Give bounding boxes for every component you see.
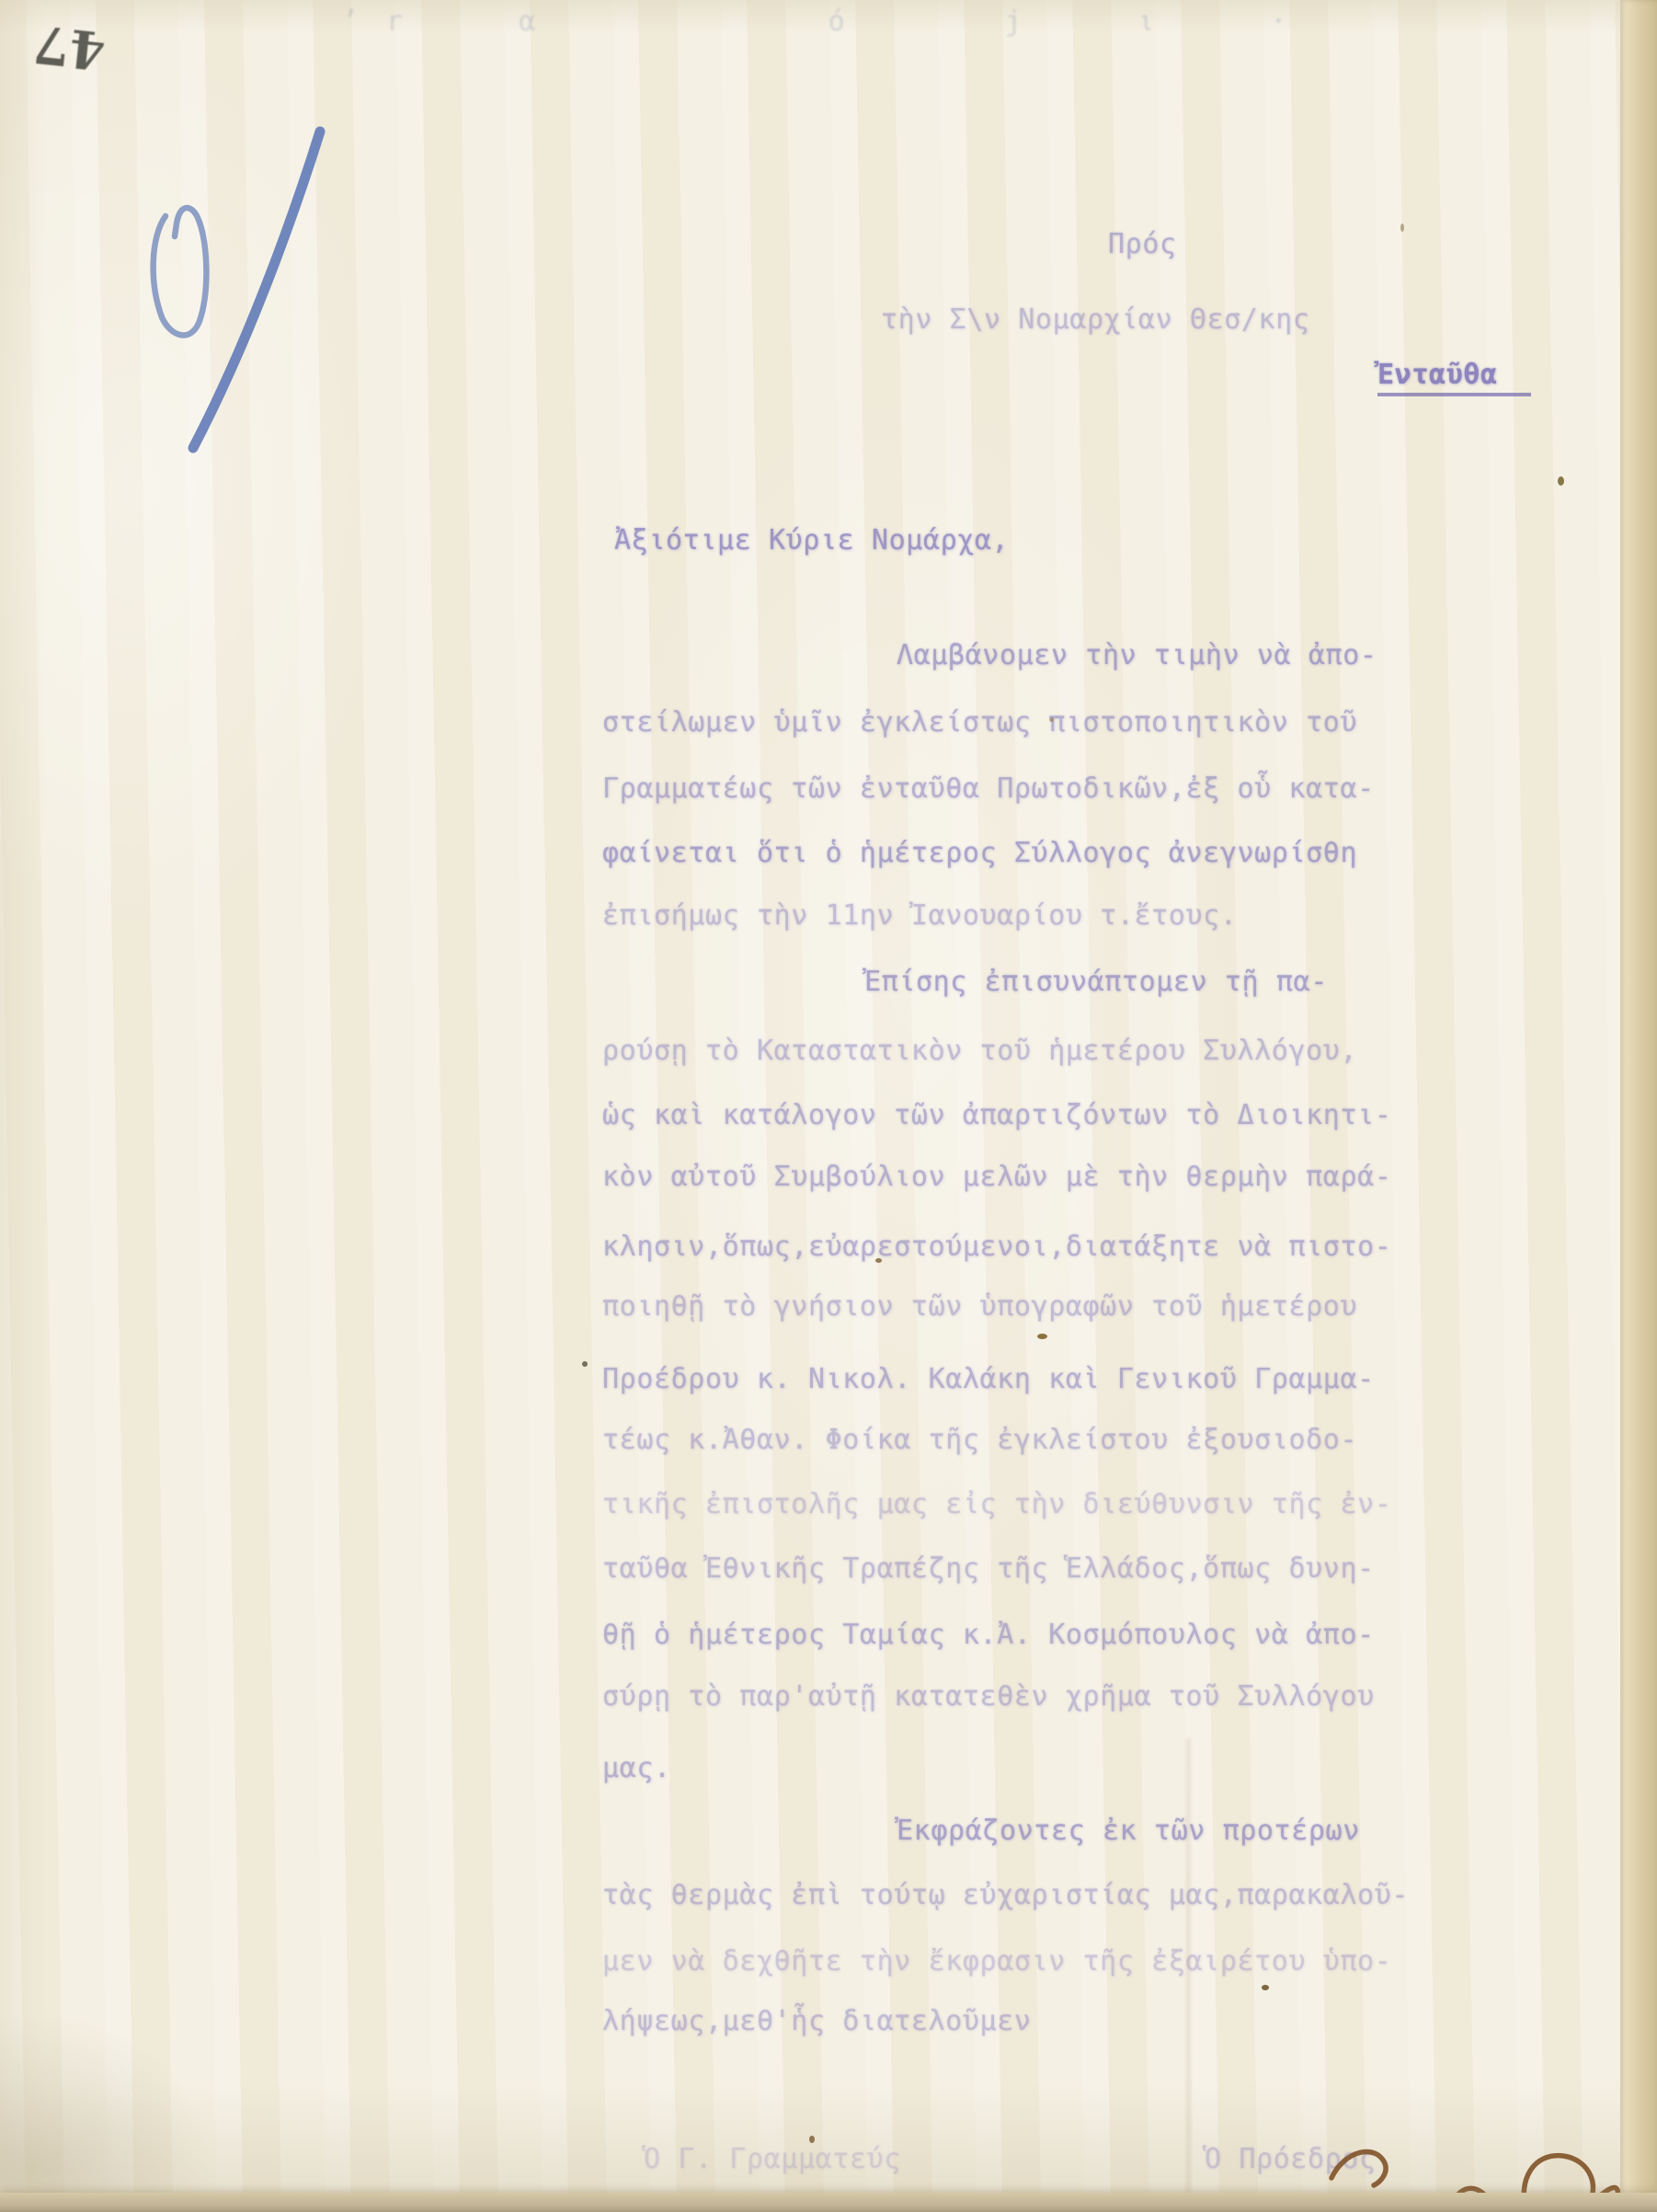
letter-line: στείλωμεν ὑμῖν ἐγκλείστως πιστοποιητικὸν… xyxy=(602,706,1357,739)
letter-line: ἐπισήμως τὴν 11ην Ἰανουαρίου τ.ἔτους. xyxy=(602,900,1237,932)
letter-line: τικῆς ἐπιστολῆς μας εἰς τὴν διεύθυνσιν τ… xyxy=(602,1488,1391,1520)
letter-line: Ἐκφράζοντες ἐκ τῶν προτέρων xyxy=(897,1815,1360,1847)
paper-crease xyxy=(1187,1738,1190,2193)
letter-line: ποιηθῇ τὸ γνήσιον τῶν ὑπογραφῶν τοῦ ἡμετ… xyxy=(602,1290,1357,1323)
letter-page: 47 ʼr α ό ϳ ι · Πρός τὴν Σ\ν Νομαρχίαν Θ… xyxy=(0,0,1657,2212)
letter-line: κὸν αὐτοῦ Συμβούλιον μελῶν μὲ τὴν θερμὴν… xyxy=(602,1161,1391,1193)
letter-line: σύρῃ τὸ παρ'αὐτῇ κατατεθὲν χρῆμα τοῦ Συλ… xyxy=(602,1680,1375,1713)
signature-title-secretary: Ὁ Γ. Γραμματεύς xyxy=(644,2143,901,2175)
letter-line: Λαμβάνομεν τὴν τιμὴν νὰ ἀπο- xyxy=(897,639,1377,671)
letter-line: Γραμματέως τῶν ἐνταῦθα Πρωτοδικῶν,ἐξ οὗ … xyxy=(602,773,1375,805)
salutation: Ἀξιότιμε Κύριε Νομάρχα, xyxy=(614,524,1009,556)
offset-ink-ghost-text: ʼr α ό ϳ ι · xyxy=(342,6,1427,38)
letter-line: ὡς καὶ κατάλογον τῶν ἀπαρτιζόντων τὸ Διο… xyxy=(602,1099,1391,1131)
header-place-line: Ἐνταῦθα xyxy=(1377,359,1531,396)
letter-line: τὰς θερμὰς ἐπὶ τούτῳ εὐχαριστίας μας,παρ… xyxy=(602,1879,1409,1911)
header-recipient-line: τὴν Σ\ν Νομαρχίαν Θεσ/κης xyxy=(881,304,1310,336)
letter-line: μας. xyxy=(602,1752,671,1784)
letter-line: ρούσῃ τὸ Καταστατικὸν τοῦ ἡμετέρου Συλλό… xyxy=(602,1035,1357,1067)
letter-line: κλησιν,ὅπως,εὐαρεστούμενοι,διατάξητε νὰ … xyxy=(602,1231,1391,1263)
letter-line: ταῦθα Ἐθνικῆς Τραπέζης τῆς Ἑλλάδος,ὅπως … xyxy=(602,1553,1375,1585)
blue-pencil-mark xyxy=(110,106,423,483)
letter-line: μεν νὰ δεχθῆτε τὴν ἔκφρασιν τῆς ἐξαιρέτο… xyxy=(602,1945,1391,1977)
page-bottom-edge xyxy=(0,2193,1657,2212)
letter-line: φαίνεται ὅτι ὁ ἡμέτερος Σύλλογος ἀνεγνωρ… xyxy=(602,837,1357,869)
archive-number-stamp: 47 xyxy=(28,6,111,81)
letter-line: θῇ ὁ ἡμέτερος Ταμίας κ.Ἀ. Κοσμόπουλος νὰ… xyxy=(602,1619,1375,1651)
letter-line: λήψεως,μεθ'ἧς διατελοῦμεν xyxy=(602,2005,1032,2037)
header-to-line: Πρός xyxy=(1108,228,1177,260)
letter-line: Ἐπίσης ἐπισυνάπτομεν τῇ πα- xyxy=(864,966,1328,998)
page-right-edge xyxy=(1620,0,1657,2212)
letter-line: τέως κ.Ἀθαν. Φοίκα τῆς ἐγκλείστου ἐξουσι… xyxy=(602,1424,1357,1456)
letter-line: Προέδρου κ. Νικολ. Καλάκη καὶ Γενικοῦ Γρ… xyxy=(602,1363,1375,1395)
